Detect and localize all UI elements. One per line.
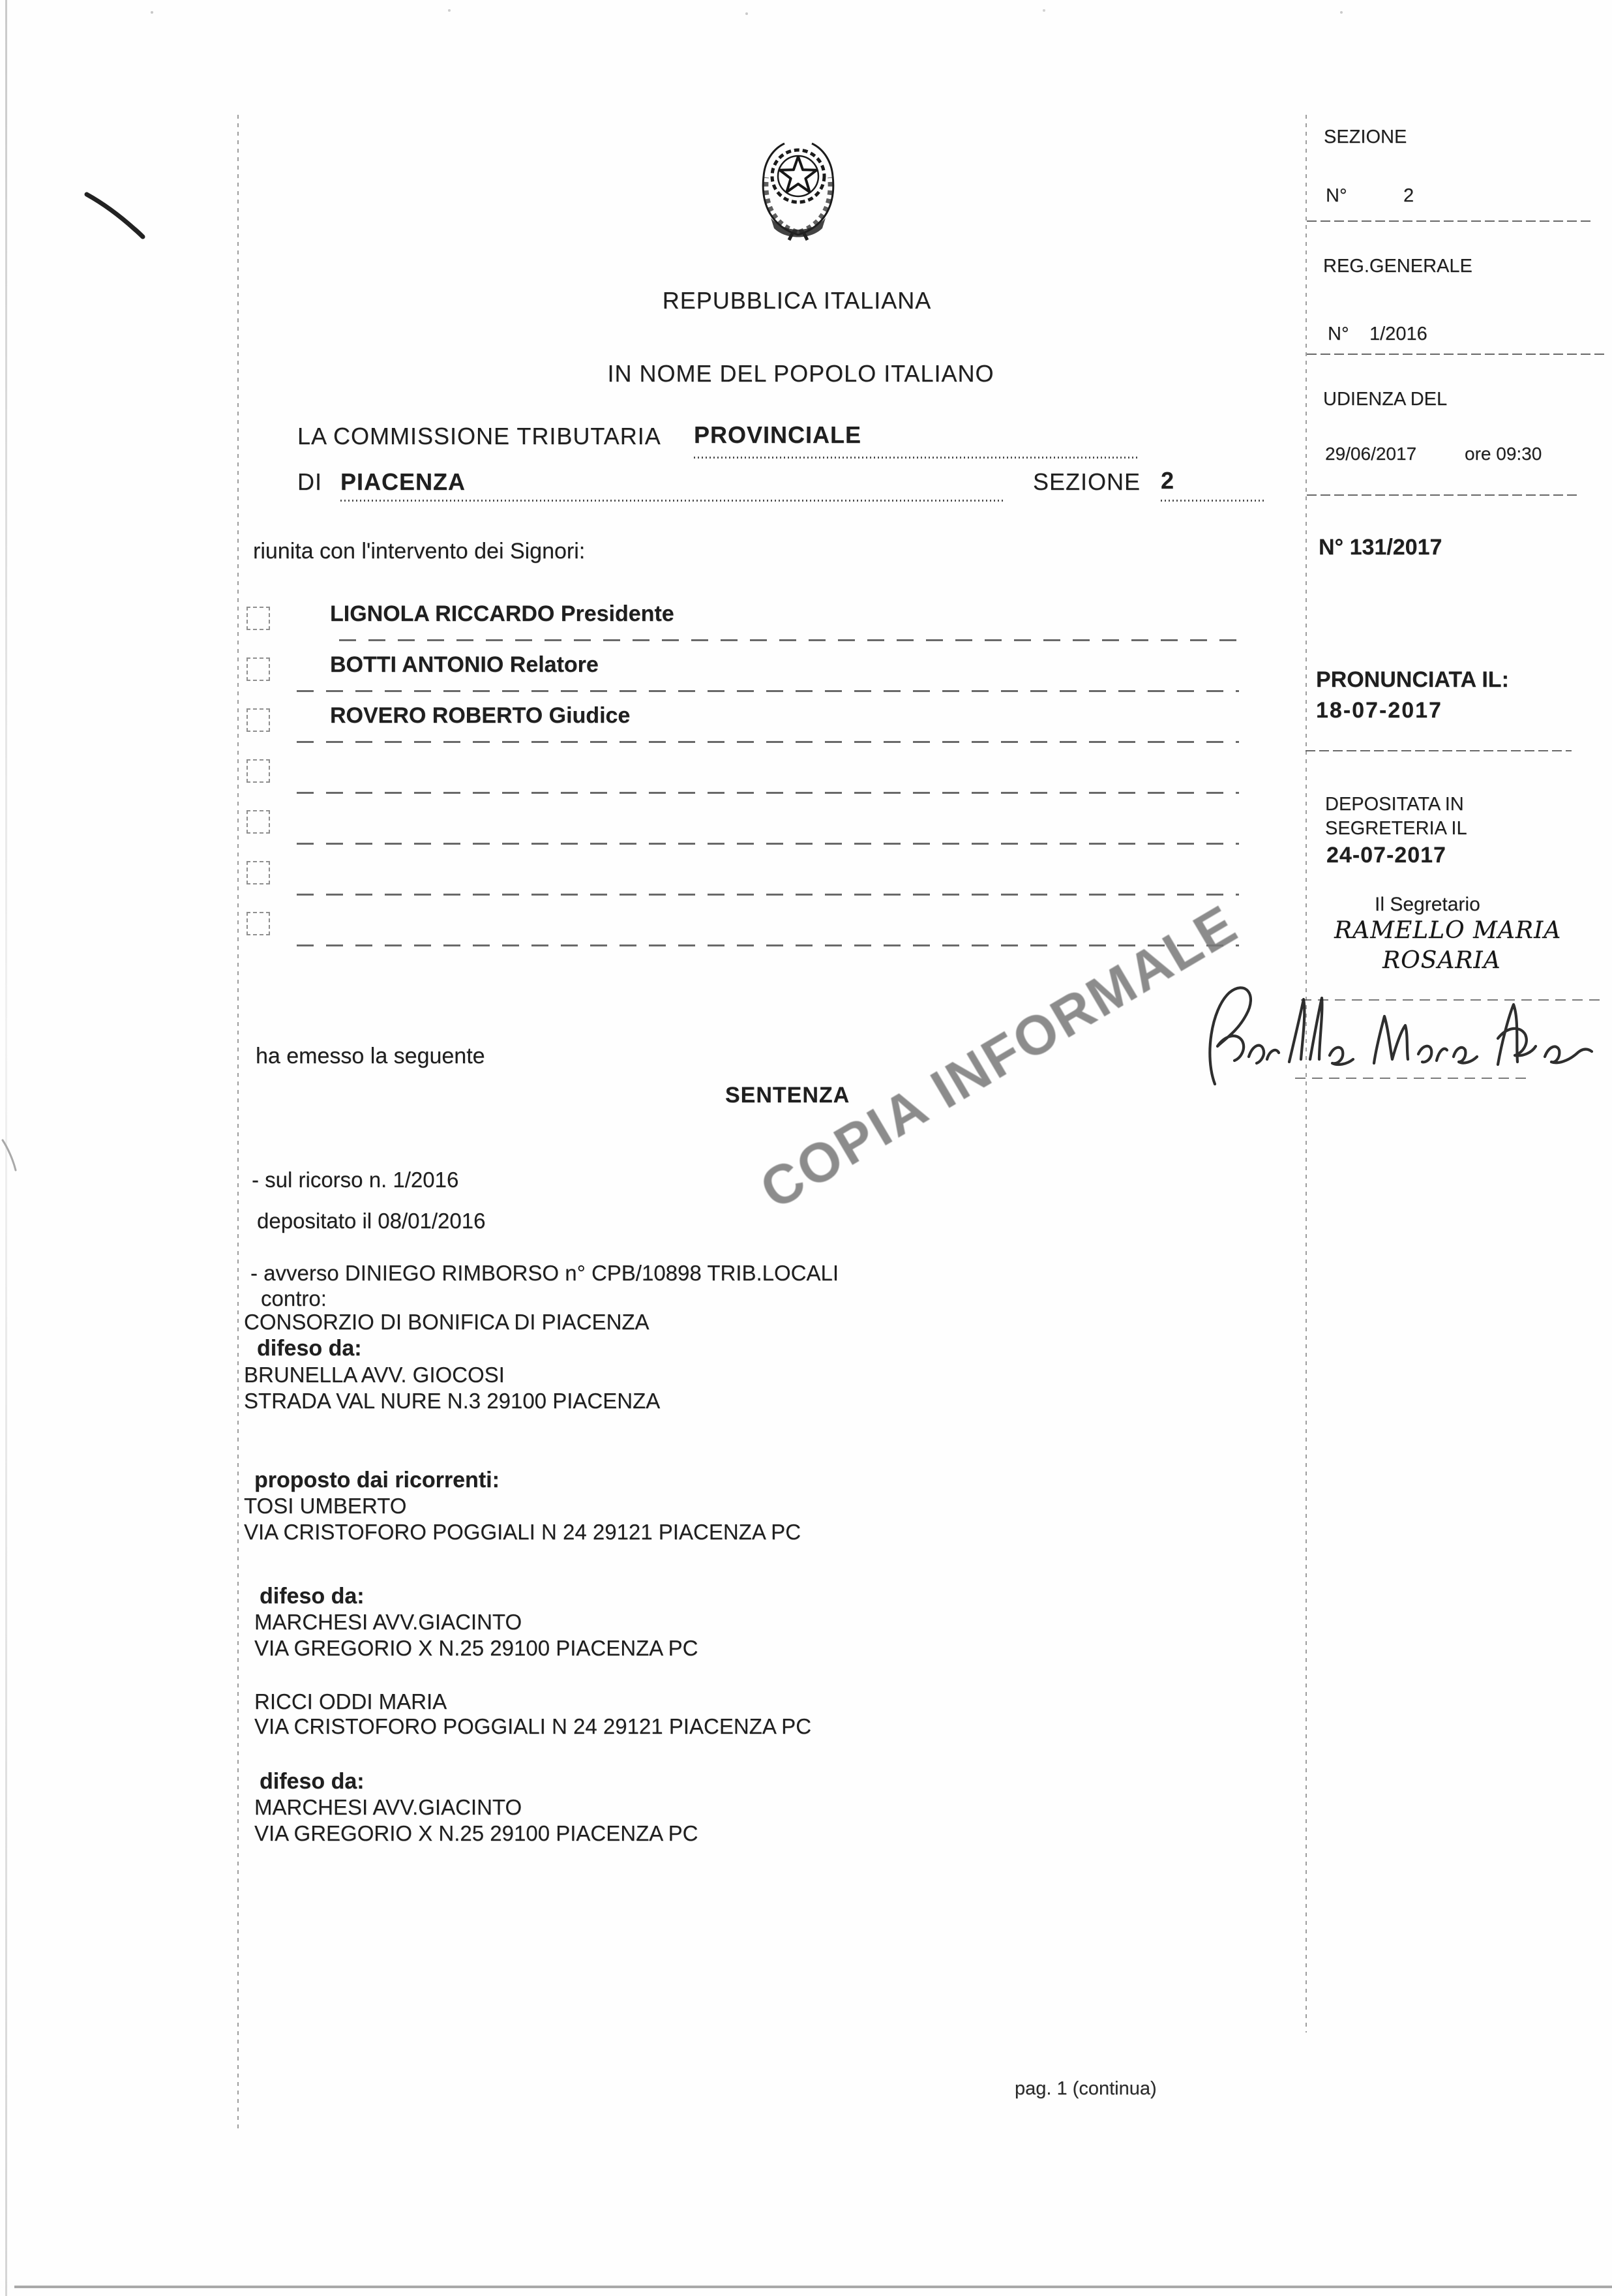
judge-row-line-6 — [297, 894, 1239, 896]
judge-name-3: ROVERO ROBERTO Giudice — [330, 703, 630, 729]
sidebar-depositata-line2: SEGRETERIA IL — [1325, 818, 1467, 839]
sidebar-sezione-no-value: 2 — [1403, 185, 1414, 207]
judge-row-line-3 — [297, 741, 1239, 743]
controparte-name: CONSORZIO DI BONIFICA DI PIACENZA — [244, 1310, 649, 1335]
sidebar-segretario-name-line1: RAMELLO MARIA — [1334, 917, 1561, 944]
ricorso-line1: - sul ricorso n. 1/2016 — [252, 1168, 458, 1192]
sidebar-reg-no-label: N° — [1328, 324, 1349, 345]
sidebar-udienza-time: ore 09:30 — [1465, 444, 1542, 464]
scan-specks — [0, 0, 1, 1]
sidebar-segretario-label: Il Segretario — [1375, 894, 1480, 916]
section-value: 2 — [1161, 467, 1174, 494]
sidebar-udienza-label: UDIENZA DEL — [1323, 389, 1447, 410]
ricorso-line2: depositato il 08/01/2016 — [257, 1209, 485, 1233]
judge-row-line-1 — [339, 639, 1239, 641]
sidebar-divider-2 — [1307, 354, 1604, 355]
contro-label: contro: — [261, 1286, 327, 1311]
left-margin-dashed-rule — [237, 115, 239, 2132]
secretary-signature-icon — [1203, 972, 1607, 1109]
judge-name-2: BOTTI ANTONIO Relatore — [330, 652, 599, 678]
difeso-label-1: difeso da: — [257, 1336, 362, 1361]
copia-informale-stamp: COPIA INFORMALE — [724, 877, 1274, 1237]
ha-emesso-text: ha emesso la seguente — [256, 1044, 485, 1069]
sentenza-heading: SENTENZA — [725, 1083, 850, 1108]
sidebar-reg-generale-label: REG.GENERALE — [1323, 256, 1472, 277]
dotted-underline-provinciale — [694, 457, 1137, 459]
ricorrente-address-1: VIA CRISTOFORO POGGIALI N 24 29121 PIACE… — [244, 1520, 801, 1545]
difensore-name-1: BRUNELLA AVV. GIOCOSI — [244, 1363, 505, 1387]
sidebar-pronunciata-label: PRONUNCIATA IL: — [1316, 667, 1509, 693]
judge-checkbox-2 — [246, 657, 270, 681]
difensore-address-3: VIA GREGORIO X N.25 29100 PIACENZA PC — [254, 1821, 698, 1846]
commission-line2-prefix: DI — [297, 468, 322, 496]
title-repubblica-italiana: REPUBBLICA ITALIANA — [663, 287, 931, 314]
panel-intro-text: riunita con l'intervento dei Signori: — [253, 539, 585, 564]
difensore-address-1: STRADA VAL NURE N.3 29100 PIACENZA — [244, 1389, 660, 1413]
judge-row-line-2 — [297, 690, 1239, 692]
difeso-label-2: difeso da: — [260, 1584, 365, 1609]
proposto-label: proposto dai ricorrenti: — [254, 1468, 500, 1493]
judge-checkbox-5 — [246, 810, 270, 834]
sidebar-divider-1 — [1307, 220, 1594, 222]
sidebar-reg-no-value: 1/2016 — [1369, 324, 1427, 345]
scan-edge-artifact-bottom — [14, 2286, 1612, 2288]
ricorrente-address-2: VIA CRISTOFORO POGGIALI N 24 29121 PIACE… — [254, 1714, 811, 1739]
judge-checkbox-6 — [246, 861, 270, 884]
sidebar-pronunciata-date: 18-07-2017 — [1316, 698, 1442, 723]
sidebar-depositata-date: 24-07-2017 — [1326, 843, 1446, 868]
section-label: SEZIONE — [1033, 468, 1141, 496]
sidebar-segretario-name-line2: ROSARIA — [1382, 947, 1501, 974]
sidebar-sezione-label: SEZIONE — [1324, 127, 1407, 148]
judge-row-line-5 — [297, 843, 1239, 845]
avverso-line: - avverso DINIEGO RIMBORSO n° CPB/10898 … — [250, 1261, 839, 1286]
sidebar-divider-4 — [1306, 750, 1572, 751]
sidebar-depositata-line1: DEPOSITATA IN — [1325, 794, 1464, 815]
scan-smudge-icon — [0, 1122, 39, 1177]
judge-checkbox-1 — [246, 607, 270, 630]
ricorrente-name-2: RICCI ODDI MARIA — [254, 1689, 447, 1714]
difensore-address-2: VIA GREGORIO X N.25 29100 PIACENZA PC — [254, 1636, 698, 1661]
page-footer: pag. 1 (continua) — [1015, 2078, 1157, 2100]
sidebar-udienza-date: 29/06/2017 — [1325, 444, 1416, 464]
judge-row-line-4 — [297, 792, 1239, 794]
commission-line1-value: PROVINCIALE — [694, 421, 861, 449]
italian-republic-emblem-icon — [747, 129, 849, 241]
commission-line1-prefix: LA COMMISSIONE TRIBUTARIA — [297, 423, 661, 450]
difensore-name-3: MARCHESI AVV.GIACINTO — [254, 1795, 522, 1820]
pen-stroke-icon — [78, 186, 163, 248]
sidebar-judgment-number: N° 131/2017 — [1319, 535, 1442, 560]
sidebar-sezione-no-label: N° — [1326, 185, 1347, 207]
sidebar-divider-3 — [1307, 494, 1581, 496]
judge-row-line-7 — [297, 944, 1239, 946]
title-in-nome-del-popolo: IN NOME DEL POPOLO ITALIANO — [607, 360, 994, 387]
dotted-underline-piacenza — [340, 500, 1004, 502]
judge-checkbox-3 — [246, 708, 270, 732]
commission-line2-value: PIACENZA — [340, 468, 466, 496]
judge-name-1: LIGNOLA RICCARDO Presidente — [330, 601, 674, 627]
dotted-underline-section — [1161, 500, 1265, 502]
scanned-judgment-page: REPUBBLICA ITALIANA IN NOME DEL POPOLO I… — [0, 0, 1612, 2296]
ricorrente-name-1: TOSI UMBERTO — [244, 1494, 406, 1518]
judge-checkbox-4 — [246, 759, 270, 783]
difensore-name-2: MARCHESI AVV.GIACINTO — [254, 1610, 522, 1635]
difeso-label-3: difeso da: — [260, 1769, 365, 1794]
judge-checkbox-7 — [246, 912, 270, 935]
